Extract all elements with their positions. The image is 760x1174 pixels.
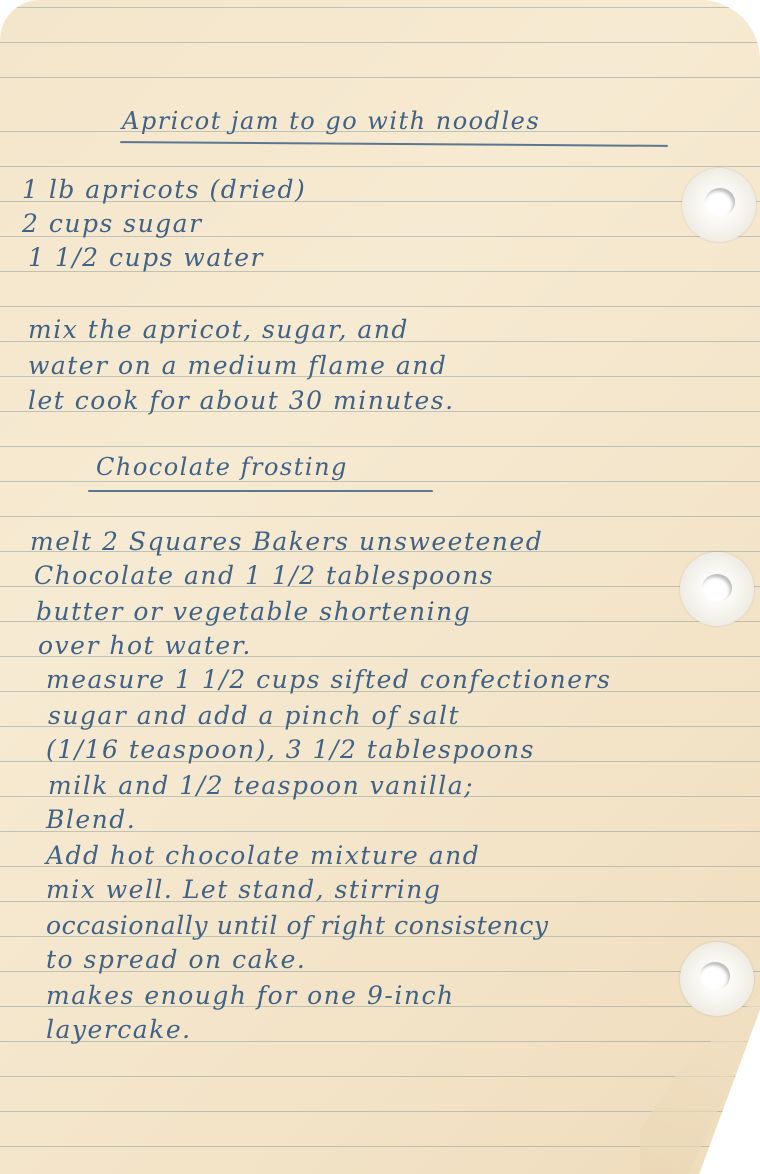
instruction-line: makes enough for one 9-inch [46,978,455,1013]
instruction-line: measure 1 1/2 cups sifted confectioners [46,662,611,697]
recipe-title-apricot-jam: Apricot jam to go with noodles [122,104,540,139]
instruction-line: mix the apricot, sugar, and [28,312,409,347]
instruction-line: over hot water. [38,628,252,663]
recipe-title-chocolate-frosting: Chocolate frosting [96,450,348,485]
recipe-card: Apricot jam to go with noodles 1 lb apri… [0,0,760,1174]
hole-reinforcement-middle [680,552,754,626]
binder-hole [700,962,730,990]
binder-hole [705,188,735,216]
hole-reinforcement-bottom [680,942,754,1016]
instruction-line: Chocolate and 1 1/2 tablespoons [34,558,494,593]
instruction-line: Blend. [46,802,136,837]
instruction-line: milk and 1/2 teaspoon vanilla; [48,768,474,803]
instruction-line: mix well. Let stand, stirring [46,872,441,907]
ingredient-item: 1 lb apricots (dried) [22,172,306,207]
ingredient-item: 1 1/2 cups water [28,240,264,275]
binder-hole [702,574,732,602]
ingredient-item: 2 cups sugar [22,206,203,241]
instruction-line: butter or vegetable shortening [36,594,471,629]
instruction-line: water on a medium flame and [28,348,447,383]
instruction-line: occasionally until of right consistency [46,908,549,943]
title-underline [88,490,433,492]
instruction-line: Add hot chocolate mixture and [46,838,480,873]
instruction-line: sugar and add a pinch of salt [48,698,460,733]
instruction-line: layercake. [46,1012,192,1047]
hole-reinforcement-top [682,168,756,242]
instruction-line: let cook for about 30 minutes. [28,383,455,418]
instruction-line: melt 2 Squares Bakers unsweetened [30,524,543,559]
instruction-line: to spread on cake. [46,942,306,977]
instruction-line: (1/16 teaspoon), 3 1/2 tablespoons [46,732,535,767]
